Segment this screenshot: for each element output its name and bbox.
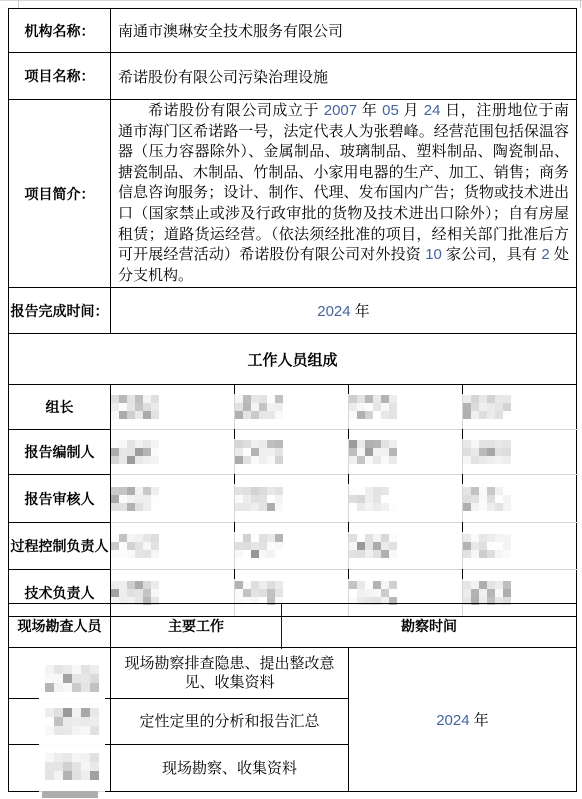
- survey-work-1: 现场勘察排查隐患、提出整改意见、收集资料: [111, 648, 349, 699]
- report-time-value: 2024 年: [111, 288, 577, 334]
- org-name-value: 南通市澳琳安全技术服务有限公司: [111, 9, 577, 53]
- team-leader-label: 组长: [9, 385, 111, 430]
- redaction-streak: [42, 791, 98, 798]
- redacted-name-cell: [235, 385, 349, 430]
- redacted-name-cell: [235, 475, 349, 523]
- redacted-name-cell: [463, 385, 577, 430]
- redacted-name: [235, 534, 348, 558]
- project-brief-text: 希诺股份有限公司成立于 2007 年 05 月 24 日，注册地位于南通市海门区…: [111, 100, 577, 288]
- redacted-name-cell: [463, 430, 577, 475]
- redacted-name-cell: [111, 523, 235, 570]
- survey-work-3: 现场勘察、收集资料: [111, 745, 349, 792]
- redacted-name: [349, 534, 462, 558]
- redacted-name-cell: [111, 385, 235, 430]
- redacted-name: [111, 581, 234, 605]
- report-writer-label: 报告编制人: [9, 430, 111, 475]
- project-name-value: 希诺股份有限公司污染治理设施: [111, 53, 577, 100]
- redacted-name: [463, 581, 576, 605]
- redacted-name-cell: [349, 385, 463, 430]
- team-section-header: 工作人员组成: [9, 334, 577, 385]
- redacted-name: [235, 395, 348, 419]
- redacted-person: [45, 753, 99, 780]
- survey-person-header: 现场勘查人员: [9, 604, 111, 648]
- stray-border-artifact: [281, 604, 282, 649]
- redacted-name: [349, 440, 462, 464]
- redacted-name: [463, 395, 576, 419]
- redacted-person-cell: [9, 745, 111, 792]
- project-brief-label: 项目简介：: [9, 100, 111, 288]
- redacted-name: [111, 487, 234, 511]
- redacted-name-cell: [349, 523, 463, 570]
- gridline-artifact-tick-left: [18, 0, 19, 8]
- redacted-name-cell: [349, 430, 463, 475]
- report-reviewer-label: 报告审核人: [9, 475, 111, 523]
- redacted-name: [463, 534, 576, 558]
- survey-time-value: 2024 年: [349, 648, 577, 792]
- redacted-person-cell: [9, 648, 111, 699]
- gridline-artifact-top: [0, 0, 582, 1]
- org-name-label: 机构名称：: [9, 9, 111, 53]
- redacted-name: [349, 395, 462, 419]
- redacted-name-cell: [111, 475, 235, 523]
- redacted-name-cell: [463, 475, 577, 523]
- gridline-artifact-tick-right: [580, 0, 581, 8]
- redacted-name: [235, 581, 348, 605]
- redacted-person-cell: [9, 699, 111, 745]
- project-name-label: 项目名称：: [9, 53, 111, 100]
- survey-table: 现场勘查人员 主要工作 勘察时间 现场勘察排查隐患、提出整改意见、收集资料 20…: [8, 603, 577, 792]
- survey-work-2: 定性定里的分析和报告汇总: [111, 699, 349, 745]
- redacted-name: [463, 440, 576, 464]
- project-info-table: 机构名称： 南通市澳琳安全技术服务有限公司 项目名称： 希诺股份有限公司污染治理…: [8, 8, 577, 617]
- redacted-name: [349, 581, 462, 605]
- redacted-name-cell: [111, 430, 235, 475]
- redacted-person: [45, 708, 99, 735]
- redacted-name-cell: [463, 523, 577, 570]
- document-page: 机构名称： 南通市澳琳安全技术服务有限公司 项目名称： 希诺股份有限公司污染治理…: [0, 0, 582, 799]
- main-work-header: 主要工作: [111, 604, 282, 648]
- redacted-name-cell: [235, 523, 349, 570]
- redacted-name-cell: [349, 475, 463, 523]
- redacted-name: [111, 395, 234, 419]
- blur-halo: [39, 739, 105, 793]
- redacted-name: [235, 440, 348, 464]
- redacted-name: [349, 487, 462, 511]
- process-control-label: 过程控制负责人: [9, 523, 111, 570]
- redacted-name-cell: [235, 430, 349, 475]
- redacted-name: [235, 487, 348, 511]
- redacted-name: [111, 440, 234, 464]
- redacted-name: [111, 534, 234, 558]
- redacted-name: [463, 487, 576, 511]
- redacted-person: [45, 665, 99, 692]
- report-time-label: 报告完成时间：: [9, 288, 111, 334]
- survey-time-header: 勘察时间: [282, 604, 577, 648]
